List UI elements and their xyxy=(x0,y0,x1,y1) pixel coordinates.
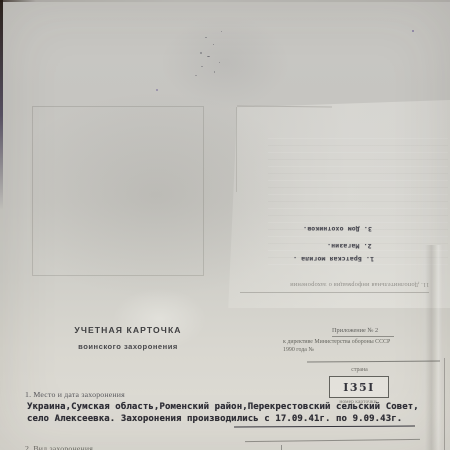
photo-placeholder-outline xyxy=(32,106,204,276)
reverse-section11-label: 11. Дополнительная информация о захороне… xyxy=(290,281,429,288)
card-subtitle: воинского захоронения xyxy=(62,342,194,351)
reverse-entry-1: 1. Братская могила . xyxy=(293,255,374,263)
dates-underline xyxy=(234,426,415,428)
annex-year: 1990 года № xyxy=(283,347,314,353)
header-rule xyxy=(307,361,440,363)
ink-tick xyxy=(281,445,282,450)
paper-smudge xyxy=(160,15,290,110)
photo-edge-left xyxy=(0,0,3,210)
annex-directive: к директиве Министерства обороны СССР xyxy=(283,339,390,345)
card-number-label: номер карточки xyxy=(327,399,389,405)
card-title: УЧЕТНАЯ КАРТОЧКА xyxy=(62,325,194,335)
paper-highlight xyxy=(112,288,207,350)
annex-number: Приложение № 2 xyxy=(332,327,378,334)
paper-crease-line xyxy=(444,358,445,450)
card-number: I35I xyxy=(343,381,375,394)
paper-crease xyxy=(425,245,442,450)
blank-fill-line xyxy=(245,439,420,442)
photo-edge-top xyxy=(0,0,450,2)
paper-striations xyxy=(268,138,448,266)
section1-value-line2: село Алексеевка. Захоронения производили… xyxy=(27,414,402,424)
sheet-edge xyxy=(237,106,332,108)
section1-label: 1. Место и дата захоронения xyxy=(25,390,125,399)
country-label: страна xyxy=(330,367,389,373)
overlapping-sheet xyxy=(226,100,450,308)
reverse-section11-rule xyxy=(240,292,429,293)
burial-card-photo: 3. Дом охотников. 2. Магазин. 1. Братска… xyxy=(0,0,450,450)
photo-vignette xyxy=(0,0,450,450)
card-number-box: I35I xyxy=(329,376,389,398)
reverse-entry-3: 3. Дом охотников. xyxy=(303,225,372,233)
paper-smudge xyxy=(30,90,310,300)
section1-value-line1: Украина,Сумская область,Роменский район,… xyxy=(27,402,419,412)
sheet-edge xyxy=(236,107,237,192)
section2-label: 2. Вид захоронения xyxy=(25,444,93,450)
reverse-entry-2: 2. Магазин. xyxy=(327,242,372,250)
annex-underline xyxy=(332,336,394,337)
